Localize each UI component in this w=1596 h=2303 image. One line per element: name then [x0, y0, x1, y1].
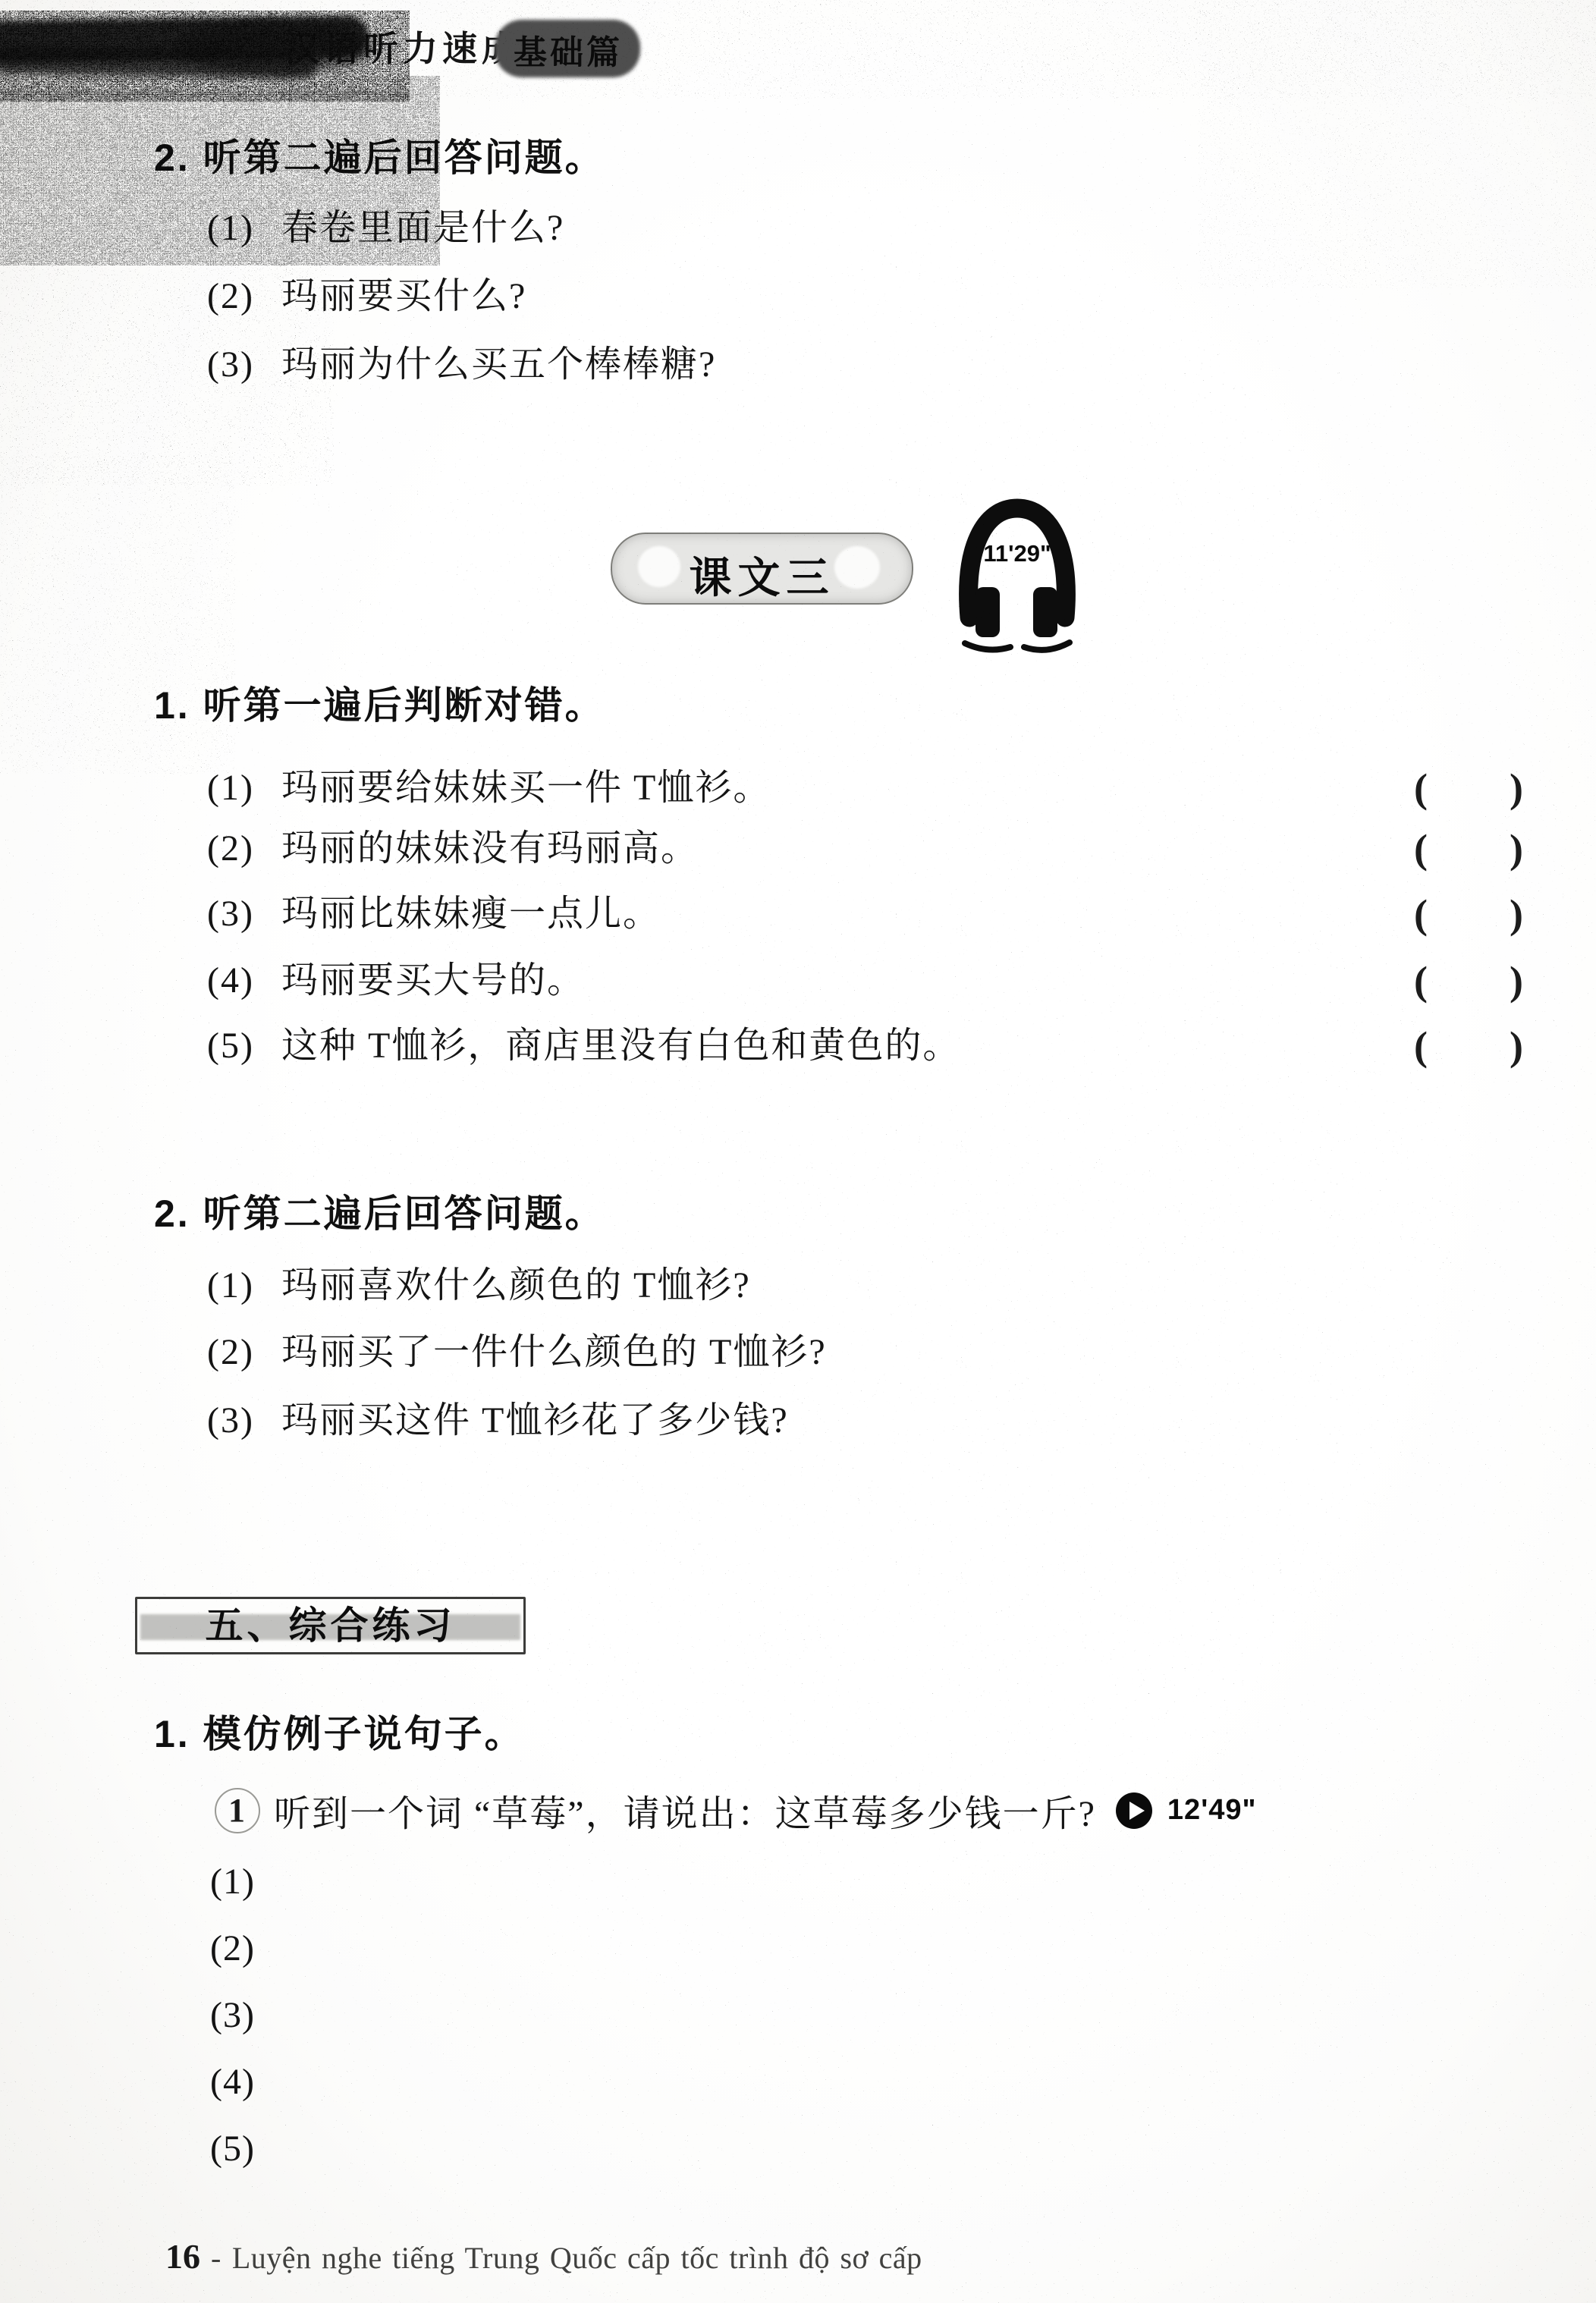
blank-marker: (4) — [210, 2062, 255, 2102]
paren-open: ( — [1414, 959, 1429, 1003]
paren-open: ( — [1414, 827, 1429, 871]
warmup-question: (1) 春卷里面是什么? — [207, 206, 564, 250]
true-false-heading: 1. 听第一遍后判断对错。 — [154, 675, 605, 730]
answer-slot: () — [1414, 959, 1525, 1003]
question-text: 玛丽喜欢什么颜色的 T恤衫? — [281, 1264, 751, 1308]
true-false-item: (3) 玛丽比妹妹瘦一点儿。 () — [207, 892, 1525, 936]
answer-blank: (4) — [210, 2061, 255, 2103]
footer-book-title: Luyện nghe tiếng Trung Quốc cấp tốc trìn… — [232, 2240, 922, 2276]
scanned-textbook-page: 汉语听力速成 基础篇 2. 听第二遍后回答问题。 (1) 春卷里面是什么? (2… — [0, 0, 1596, 2303]
question-marker: (1) — [207, 206, 281, 250]
item-marker: (2) — [207, 827, 281, 871]
paren-close: ) — [1510, 827, 1525, 871]
true-false-item: (1) 玛丽要给妹妹买一件 T恤衫。 () — [207, 766, 1525, 810]
answer-blank: (5) — [210, 2128, 255, 2169]
answer-blank: (3) — [210, 1994, 255, 2036]
section-five-heading: 五、综合练习 — [137, 1599, 523, 1652]
example-row: 1 听到一个词 “草莓”，请说出：这草莓多少钱一斤? 12'49" — [215, 1784, 1257, 1836]
item-text: 这种 T恤衫，商店里没有白色和黄色的。 — [281, 1024, 960, 1068]
book-title: 汉语听力速成 — [284, 21, 521, 71]
item-marker: (5) — [207, 1024, 281, 1068]
question-marker: (1) — [207, 1264, 281, 1308]
warmup-question: (3) 玛丽为什么买五个棒棒糖? — [207, 343, 716, 387]
page-footer: 16 - Luyện nghe tiếng Trung Quốc cấp tốc… — [165, 2236, 922, 2276]
question-text: 春卷里面是什么? — [281, 206, 564, 250]
lesson-title: 课文三 — [612, 545, 912, 605]
question-text: 玛丽买这件 T恤衫花了多少钱? — [281, 1399, 789, 1443]
blank-marker: (5) — [210, 2129, 255, 2169]
paren-close: ) — [1510, 766, 1525, 810]
item-text: 玛丽比妹妹瘦一点儿。 — [281, 892, 661, 936]
answer-slot: () — [1414, 892, 1525, 936]
answer-slot: () — [1414, 1024, 1525, 1068]
footer-separator: - — [211, 2240, 221, 2276]
lesson-title-pill: 课文三 — [611, 533, 913, 605]
lesson-audio-duration: 11'29" — [983, 540, 1051, 567]
true-false-item: (4) 玛丽要买大号的。 () — [207, 959, 1525, 1003]
comprehension-question: (3) 玛丽买这件 T恤衫花了多少钱? — [207, 1399, 789, 1443]
headphones-icon: 11'29" — [953, 498, 1082, 661]
item-text: 玛丽要给妹妹买一件 T恤衫。 — [281, 766, 771, 810]
answer-blank: (1) — [210, 1861, 255, 1902]
comprehension-heading: 2. 听第二遍后回答问题。 — [154, 1183, 605, 1238]
question-text: 玛丽买了一件什么颜色的 T恤衫? — [281, 1331, 827, 1375]
comprehension-question: (2) 玛丽买了一件什么颜色的 T恤衫? — [207, 1331, 827, 1375]
question-marker: (3) — [207, 1399, 281, 1443]
blank-marker: (1) — [210, 1862, 255, 1902]
question-marker: (2) — [207, 1331, 281, 1375]
item-marker: (3) — [207, 892, 281, 936]
audio-duration: 12'49" — [1167, 1794, 1257, 1827]
answer-slot: () — [1414, 766, 1525, 810]
item-text: 玛丽的妹妹没有玛丽高。 — [281, 827, 699, 871]
item-marker: (4) — [207, 959, 281, 1003]
play-icon — [1114, 1791, 1154, 1830]
paren-close: ) — [1510, 1024, 1525, 1068]
warmup-question: (2) 玛丽要买什么? — [207, 275, 526, 319]
example-text: 听到一个词 “草莓”，请说出：这草莓多少钱一斤? — [274, 1784, 1096, 1836]
paren-open: ( — [1414, 892, 1429, 936]
answer-blank: (2) — [210, 1928, 255, 1969]
book-series-badge-label: 基础篇 — [504, 25, 633, 74]
blank-marker: (3) — [210, 1995, 255, 2035]
page-number: 16 — [165, 2236, 200, 2276]
imitation-heading: 1. 模仿例子说句子。 — [154, 1704, 525, 1758]
example-number-badge: 1 — [215, 1788, 260, 1833]
question-text: 玛丽为什么买五个棒棒糖? — [281, 343, 716, 387]
item-text: 玛丽要买大号的。 — [281, 959, 585, 1003]
question-text: 玛丽要买什么? — [281, 275, 526, 319]
true-false-item: (5) 这种 T恤衫，商店里没有白色和黄色的。 () — [207, 1024, 1525, 1068]
comprehension-question: (1) 玛丽喜欢什么颜色的 T恤衫? — [207, 1264, 751, 1308]
question-marker: (3) — [207, 343, 281, 387]
warmup-heading: 2. 听第二遍后回答问题。 — [154, 127, 605, 182]
section-five-title-box: 五、综合练习 — [135, 1597, 526, 1654]
blank-marker: (2) — [210, 1928, 255, 1968]
question-marker: (2) — [207, 275, 281, 319]
true-false-item: (2) 玛丽的妹妹没有玛丽高。 () — [207, 827, 1525, 871]
paren-close: ) — [1510, 959, 1525, 1003]
item-marker: (1) — [207, 766, 281, 810]
paren-close: ) — [1510, 892, 1525, 936]
paren-open: ( — [1414, 766, 1429, 810]
paren-open: ( — [1414, 1024, 1429, 1068]
answer-slot: () — [1414, 827, 1525, 871]
